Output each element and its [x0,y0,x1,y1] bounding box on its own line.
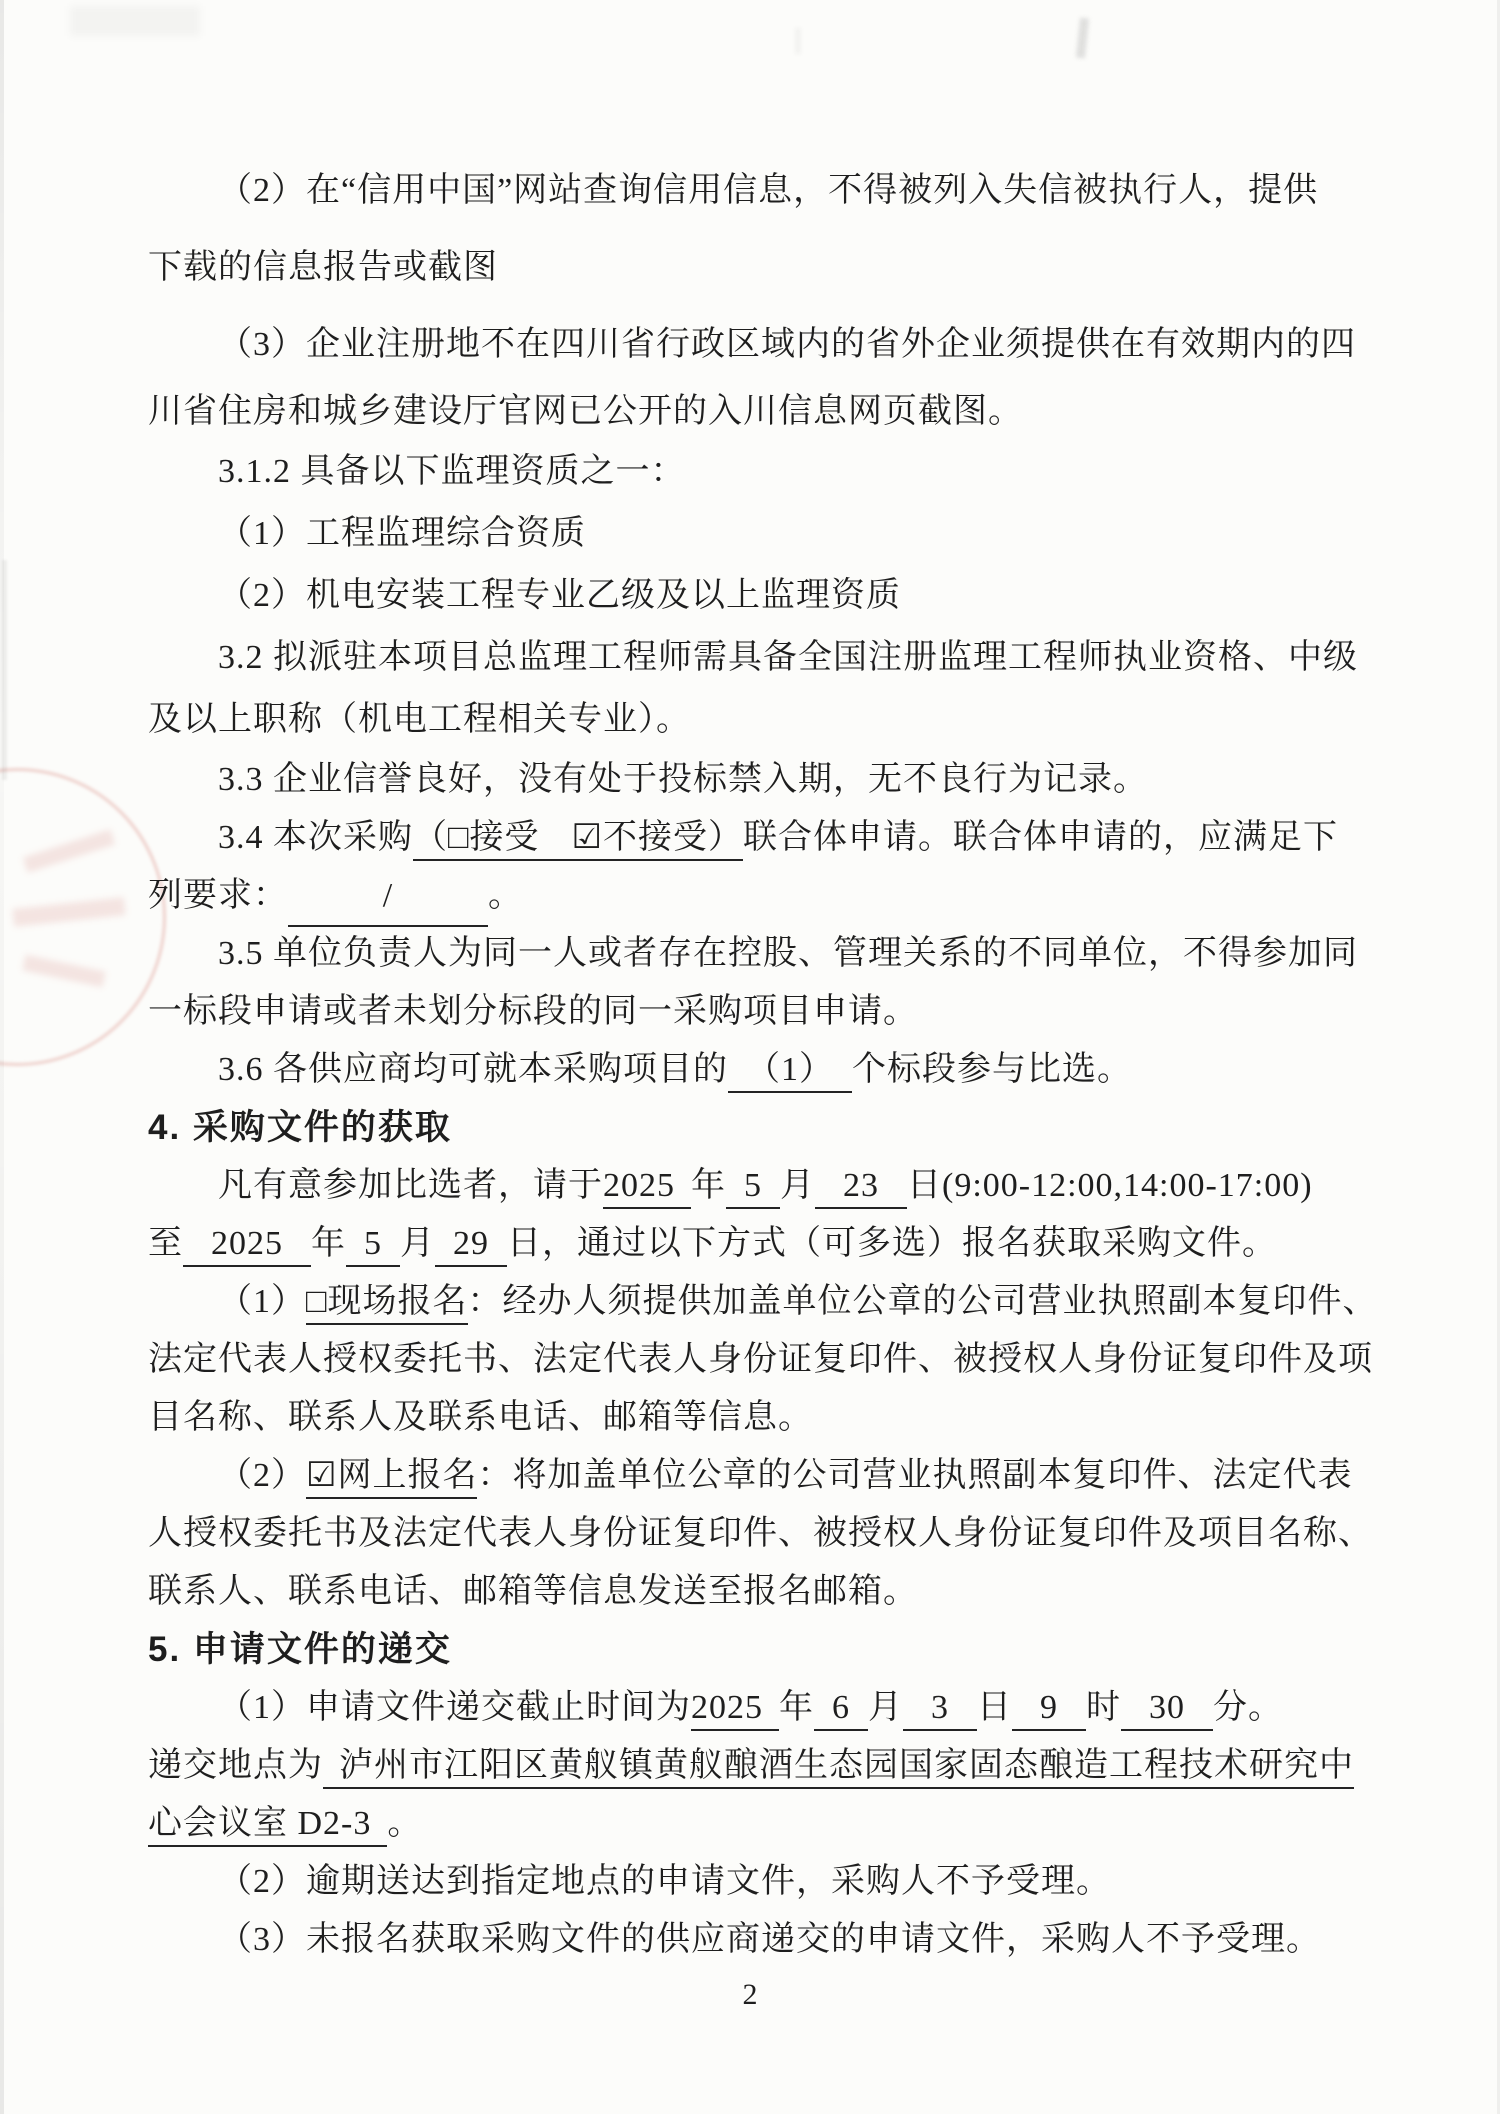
month-field: 5 [726,1167,780,1209]
address-field: 心会议室 D2-3 [148,1805,387,1847]
line-s32-2: 及以上职称（机电工程相关专业）。 [148,689,1366,751]
unit-hour: 时 [1086,1689,1121,1726]
paragraph-text: 3.5 单位负责人为同一人或者存在控股、管理关系的不同单位，不得参加同 [218,935,1358,972]
month-field: 5 [346,1225,400,1267]
line-online-3: 联系人、联系电话、邮箱等信息发送至报名邮箱。 [148,1563,1366,1621]
unit-year: 年 [311,1225,346,1262]
paragraph-text: （1）工程监理综合资质 [218,515,586,552]
scan-edge-shadow [0,0,4,2114]
address-field: 泸州市江阳区黄舣镇黄舣酿酒生态园国家固态酿造工程技术研究中 [323,1747,1354,1789]
scan-artifact [795,28,801,54]
hour-field: 9 [1012,1689,1086,1731]
paren: ） [708,819,743,856]
checkbox-checked-icon: ☑ [306,1457,337,1494]
line-s35-1: 3.5 单位负责人为同一人或者存在控股、管理关系的不同单位，不得参加同 [148,925,1366,983]
document-body: （2）在“信用中国”网站查询信用信息，不得被列入失信被执行人，提供 下载的信息报… [148,152,1366,1969]
day-field: 3 [903,1689,977,1731]
paragraph-text: 凡有意参加比选者，请于 [218,1167,603,1204]
lot-count-field: （1） [728,1051,852,1093]
seal-mark [23,829,115,873]
unit-month: 月 [400,1225,435,1262]
paragraph-text: 。 [387,1805,422,1842]
paragraph-text: 联系人、联系电话、邮箱等信息发送至报名邮箱。 [148,1573,918,1610]
line-deadline: （1）申请文件递交截止时间为2025年6月3日9时30分。 [148,1679,1366,1737]
page-number: 2 [0,1978,1500,2012]
paragraph-text: 至 [148,1225,183,1262]
unit-day: 日 [507,1225,542,1262]
paragraph-text: 个标段参与比选。 [852,1051,1132,1088]
paragraph-text: （3）企业注册地不在四川省行政区域内的省外企业须提供在有效期内的四 [218,326,1356,363]
paragraph-text: 3.4 本次采购 [218,819,413,856]
line-s34-2: 列要求：/。 [148,867,1366,925]
heading-text: 4. 采购文件的获取 [148,1108,452,1147]
unit-year: 年 [779,1689,814,1726]
unit-month: 月 [868,1689,903,1726]
line-registration-2: 川省住房和城乡建设厅官网已公开的入川信息网页截图。 [148,383,1366,441]
item-number: （1） [218,1283,306,1320]
reject-option-label: 不接受 [603,819,708,856]
line-s32-1: 3.2 拟派驻本项目总监理工程师需具备全国注册监理工程师执业资格、中级 [148,627,1366,689]
line-s34-1: 3.4 本次采购（□接受☑不接受）联合体申请。联合体申请的，应满足下 [148,809,1366,867]
scan-artifact [2,560,7,780]
line-s5-3: （3）未报名获取采购文件的供应商递交的申请文件，采购人不予受理。 [148,1911,1366,1969]
heading-section-5: 5. 申请文件的递交 [148,1621,1366,1679]
online-option-label: 网上报名 [337,1457,477,1494]
paragraph-text: （3）未报名获取采购文件的供应商递交的申请文件，采购人不予受理。 [218,1921,1321,1958]
consortium-choice-group: （□接受☑不接受） [413,819,743,861]
month-field: 6 [814,1689,868,1731]
unit-day: 日 [977,1689,1012,1726]
year-field: 2025 [603,1167,691,1209]
heading-section-4: 4. 采购文件的获取 [148,1099,1366,1157]
line-address-2: 心会议室 D2-3。 [148,1795,1366,1853]
paragraph-text: （2）机电安装工程专业乙级及以上监理资质 [218,577,901,614]
line-s5-2: （2）逾期送达到指定地点的申请文件，采购人不予受理。 [148,1853,1366,1911]
line-s36: 3.6 各供应商均可就本采购项目的（1）个标段参与比选。 [148,1041,1366,1099]
paragraph-text: 下载的信息报告或截图 [148,249,498,286]
year-field: 2025 [691,1689,779,1731]
day-field: 29 [435,1225,507,1267]
paragraph-text: 列要求： [148,877,288,914]
checkbox-checked-icon: ☑ [556,819,603,856]
line-registration-1: （3）企业注册地不在四川省行政区域内的省外企业须提供在有效期内的四 [148,306,1366,383]
paren: （ [413,819,448,856]
heading-text: 5. 申请文件的递交 [148,1630,452,1669]
paragraph-text: 3.6 各供应商均可就本采购项目的 [218,1051,728,1088]
onsite-option-group: □现场报名 [306,1283,468,1325]
paragraph-text: 。 [488,877,523,914]
line-s312-item1: （1）工程监理综合资质 [148,503,1366,565]
line-online-2: 人授权委托书及法定代表人身份证复印件、被授权人身份证复印件及项目名称、 [148,1505,1366,1563]
paragraph-text: 3.1.2 具备以下监理资质之一： [218,453,686,490]
scan-artifact [1076,18,1089,59]
time-window: (9:00-12:00,14:00-17:00) [942,1167,1313,1204]
paragraph-text: 3.2 拟派驻本项目总监理工程师需具备全国注册监理工程师执业资格、中级 [218,639,1358,676]
item-number: （2） [218,1457,306,1494]
seal-mark [12,897,125,927]
paragraph-text: 法定代表人授权委托书、法定代表人身份证复印件、被授权人身份证复印件及项 [148,1341,1373,1378]
paragraph-text: 一标段申请或者未划分标段的同一采购项目申请。 [148,993,918,1030]
paragraph-text: 及以上职称（机电工程相关专业）。 [148,701,691,738]
paragraph-text: ，通过以下方式（可多选）报名获取采购文件。 [542,1225,1277,1262]
unit-minute: 分 [1213,1689,1248,1726]
checkbox-unchecked-icon: □ [306,1283,328,1320]
line-onsite-3: 目名称、联系人及联系电话、邮箱等信息。 [148,1389,1366,1447]
paragraph-text: 3.3 企业信誉良好，没有处于投标禁入期，无不良行为记录。 [218,761,1148,798]
onsite-option-label: 现场报名 [328,1283,468,1320]
line-s35-2: 一标段申请或者未划分标段的同一采购项目申请。 [148,983,1366,1041]
paragraph-text: （1）申请文件递交截止时间为 [218,1689,691,1726]
line-s4-date-2: 至2025年5月29日，通过以下方式（可多选）报名获取采购文件。 [148,1215,1366,1273]
paragraph-text: （2）在“信用中国”网站查询信用信息，不得被列入失信被执行人，提供 [218,172,1318,209]
blank-field: / [288,867,488,927]
document-page: （2）在“信用中国”网站查询信用信息，不得被列入失信被执行人，提供 下载的信息报… [0,0,1500,2114]
paragraph-text: 递交地点为 [148,1747,323,1784]
paragraph-text: 联合体申请。联合体申请的，应满足下 [743,819,1338,856]
line-s312-item2: （2）机电安装工程专业乙级及以上监理资质 [148,565,1366,627]
line-s4-date-1: 凡有意参加比选者，请于2025年5月23日(9:00-12:00,14:00-1… [148,1157,1366,1215]
line-onsite-1: （1）□现场报名：经办人须提供加盖单位公章的公司营业执照副本复印件、 [148,1273,1366,1331]
paragraph-text: （2）逾期送达到指定地点的申请文件，采购人不予受理。 [218,1863,1111,1900]
paragraph-text: ：将加盖单位公章的公司营业执照副本复印件、法定代表 [477,1457,1352,1494]
unit-month: 月 [780,1167,815,1204]
unit-day: 日 [907,1167,942,1204]
line-online-1: （2）☑网上报名：将加盖单位公章的公司营业执照副本复印件、法定代表 [148,1447,1366,1505]
official-seal-stamp [0,768,166,1066]
line-credit-1: （2）在“信用中国”网站查询信用信息，不得被列入失信被执行人，提供 [148,152,1366,229]
seal-mark [22,955,106,988]
line-credit-2: 下载的信息报告或截图 [148,229,1366,306]
unit-year: 年 [691,1167,726,1204]
minute-field: 30 [1121,1689,1213,1731]
day-field: 23 [815,1167,907,1209]
line-address-1: 递交地点为泸州市江阳区黄舣镇黄舣酿酒生态园国家固态酿造工程技术研究中 [148,1737,1366,1795]
paragraph-text: 人授权委托书及法定代表人身份证复印件、被授权人身份证复印件及项目名称、 [148,1515,1373,1552]
paragraph-text: 川省住房和城乡建设厅官网已公开的入川信息网页截图。 [148,393,1023,430]
paragraph-text: ：经办人须提供加盖单位公章的公司营业执照副本复印件、 [468,1283,1378,1320]
line-onsite-2: 法定代表人授权委托书、法定代表人身份证复印件、被授权人身份证复印件及项 [148,1331,1366,1389]
paragraph-text: 。 [1248,1689,1283,1726]
checkbox-unchecked-icon: □ [448,819,470,856]
online-option-group: ☑网上报名 [306,1457,477,1499]
paragraph-text: 目名称、联系人及联系电话、邮箱等信息。 [148,1399,813,1436]
year-field: 2025 [183,1225,311,1267]
scan-artifact [70,6,200,36]
line-s312-heading: 3.1.2 具备以下监理资质之一： [148,441,1366,503]
accept-option-label: 接受 [470,819,556,856]
line-s33: 3.3 企业信誉良好，没有处于投标禁入期，无不良行为记录。 [148,751,1366,809]
